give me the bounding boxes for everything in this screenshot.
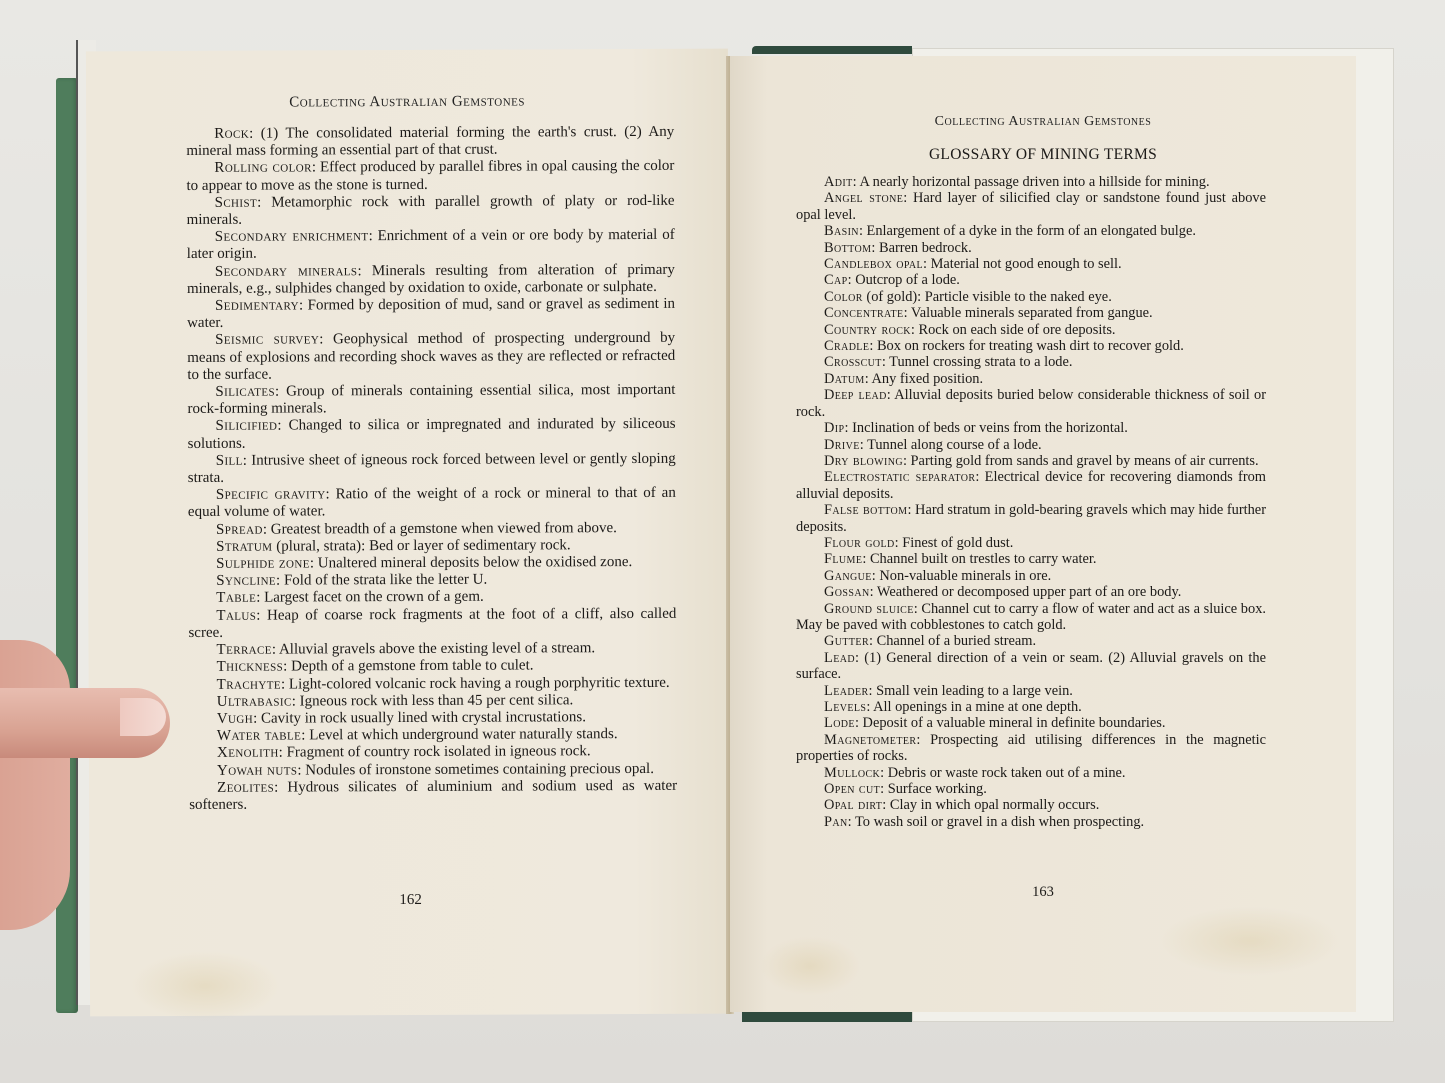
glossary-definition: : Light-colored volcanic rock having a r… bbox=[281, 674, 670, 692]
glossary-term: Sill bbox=[216, 453, 243, 469]
glossary-term: Secondary enrichment bbox=[215, 228, 369, 245]
glossary-entry: Thickness: Depth of a gemstone from tabl… bbox=[189, 657, 677, 676]
glossary-definition: : Unaltered mineral deposits below the o… bbox=[310, 554, 632, 571]
glossary-term: Drive bbox=[824, 437, 860, 453]
glossary-entry: Dry blowing: Parting gold from sands and… bbox=[796, 453, 1266, 469]
glossary-entry: Electrostatic separator: Electrical devi… bbox=[796, 469, 1266, 502]
glossary-definition: : Cavity in rock usually lined with crys… bbox=[253, 709, 586, 726]
glossary-entry: Ultrabasic: Igneous rock with less than … bbox=[189, 692, 677, 711]
glossary-term: Thickness bbox=[217, 659, 284, 675]
glossary-term: Lode bbox=[824, 715, 855, 731]
page-number: 163 bbox=[730, 884, 1356, 901]
glossary-definition: : Metamorphic rock with parallel growth … bbox=[187, 193, 675, 228]
glossary-entry: Talus: Heap of coarse rock fragments at … bbox=[188, 606, 676, 643]
glossary-term: Adit bbox=[824, 174, 853, 190]
glossary-term: Seismic survey bbox=[215, 332, 319, 348]
glossary-definition: : Nodules of ironstone sometimes contain… bbox=[297, 760, 654, 778]
glossary-term: Cradle bbox=[824, 338, 869, 354]
glossary-term: Talus bbox=[216, 607, 256, 623]
glossary-term: Syncline bbox=[216, 573, 276, 589]
glossary-term: Mullock bbox=[824, 765, 880, 781]
glossary-term: Deep lead bbox=[824, 387, 887, 403]
glossary-definition: : Intrusive sheet of igneous rock forced… bbox=[188, 451, 676, 486]
glossary-entry: Rock: (1) The consolidated material form… bbox=[186, 124, 674, 161]
glossary-entry: Secondary minerals: Minerals resulting f… bbox=[187, 261, 675, 298]
glossary-entry: Drive: Tunnel along course of a lode. bbox=[796, 437, 1266, 453]
glossary-entry: Schist: Metamorphic rock with parallel g… bbox=[187, 193, 675, 230]
glossary-definition: (plural, strata): Bed or layer of sedime… bbox=[272, 537, 570, 554]
glossary-definition: : Enlargement of a dyke in the form of a… bbox=[859, 223, 1196, 239]
glossary-definition: : Debris or waste rock taken out of a mi… bbox=[880, 765, 1125, 781]
glossary-term: Silicates bbox=[215, 384, 275, 400]
glossary-term: Country rock bbox=[824, 322, 911, 338]
glossary-definition: : (1) General direction of a vein or sea… bbox=[796, 650, 1266, 682]
glossary-term: Vugh bbox=[217, 711, 253, 727]
glossary-definition: : Finest of gold dust. bbox=[895, 535, 1014, 551]
glossary-definition: : Fragment of country rock isolated in i… bbox=[279, 744, 591, 761]
glossary-definition: : Box on rockers for treating wash dirt … bbox=[869, 338, 1184, 354]
glossary-definition: : Non-valuable minerals in ore. bbox=[872, 568, 1051, 584]
glossary-term: Water table bbox=[217, 728, 301, 744]
glossary-definition: : Parting gold from sands and gravel by … bbox=[903, 453, 1259, 469]
glossary-entry: Sulphide zone: Unaltered mineral deposit… bbox=[188, 554, 676, 573]
glossary-entry: Flume: Channel built on trestles to carr… bbox=[796, 551, 1266, 567]
glossary-entry: Concentrate: Valuable minerals separated… bbox=[796, 305, 1266, 321]
glossary-entry: Country rock: Rock on each side of ore d… bbox=[796, 322, 1266, 338]
glossary-definition: : Fold of the strata like the letter U. bbox=[276, 572, 487, 589]
glossary-term: Bottom bbox=[824, 240, 871, 256]
glossary-entry: Dip: Inclination of beds or veins from t… bbox=[796, 420, 1266, 436]
glossary-entry: Cradle: Box on rockers for treating wash… bbox=[796, 338, 1266, 354]
glossary-term: Silicified bbox=[215, 418, 277, 434]
glossary-term: Stratum bbox=[216, 538, 272, 554]
glossary-definition: : Alluvial gravels above the existing le… bbox=[272, 640, 595, 657]
glossary-term: Gutter bbox=[824, 633, 869, 649]
glossary-entry: Deep lead: Alluvial deposits buried belo… bbox=[796, 387, 1266, 420]
glossary-term: Lead bbox=[824, 650, 855, 666]
glossary-term: Concentrate bbox=[824, 305, 904, 321]
glossary-entry: Sedimentary: Formed by deposition of mud… bbox=[187, 296, 675, 333]
glossary-entry: Sill: Intrusive sheet of igneous rock fo… bbox=[188, 451, 676, 488]
glossary-entry: Specific gravity: Ratio of the weight of… bbox=[188, 485, 676, 522]
glossary-entry: Angel stone: Hard layer of silicified cl… bbox=[796, 190, 1266, 223]
glossary-entry: False bottom: Hard stratum in gold-beari… bbox=[796, 502, 1266, 535]
glossary-definition: : Barren bedrock. bbox=[871, 240, 971, 256]
glossary-definition: : Small vein leading to a large vein. bbox=[869, 683, 1073, 699]
glossary-term: Sulphide zone bbox=[216, 556, 310, 572]
glossary-term: Flume bbox=[824, 551, 862, 567]
water-stain bbox=[1160, 906, 1340, 976]
glossary-term: Angel stone bbox=[824, 190, 903, 206]
glossary-entry: Seismic survey: Geophysical method of pr… bbox=[187, 330, 675, 384]
glossary-definition: : Igneous rock with less than 45 per cen… bbox=[292, 692, 574, 709]
book-cover-top-edge bbox=[752, 46, 912, 54]
glossary-definition: : Material not good enough to sell. bbox=[923, 256, 1122, 272]
glossary-definition: : Level at which underground water natur… bbox=[301, 726, 617, 743]
glossary-term: Zeolites bbox=[217, 779, 274, 795]
glossary-definition: : Heap of coarse rock fragments at the f… bbox=[188, 606, 676, 641]
water-stain bbox=[130, 951, 280, 1022]
glossary-term: Gangue bbox=[824, 568, 872, 584]
glossary-definition: : Largest facet on the crown of a gem. bbox=[256, 589, 484, 606]
glossary-term: Open cut bbox=[824, 781, 880, 797]
glossary-term: Spread bbox=[216, 521, 263, 537]
glossary-entry: Color (of gold): Particle visible to the… bbox=[796, 289, 1266, 305]
glossary-term: Yowah nuts bbox=[217, 762, 297, 778]
glossary-definition: : Tunnel along course of a lode. bbox=[860, 437, 1042, 453]
glossary-definition: : Outcrop of a lode. bbox=[848, 272, 960, 288]
glossary-term: Trachyte bbox=[217, 676, 281, 692]
glossary-term: Ultrabasic bbox=[217, 693, 292, 709]
glossary-entry: Secondary enrichment: Enrichment of a ve… bbox=[187, 227, 675, 264]
water-stain bbox=[760, 936, 860, 996]
glossary-term: Gossan bbox=[824, 584, 870, 600]
glossary-definition: : Depth of a gemstone from table to cule… bbox=[283, 658, 533, 675]
hand-palm bbox=[0, 640, 70, 930]
glossary-entry: Basin: Enlargement of a dyke in the form… bbox=[796, 223, 1266, 239]
glossary-term: Sedimentary bbox=[215, 298, 299, 314]
glossary-term: Rock bbox=[214, 126, 249, 142]
glossary-term: Specific gravity bbox=[216, 487, 326, 503]
glossary-entry: Water table: Level at which underground … bbox=[189, 726, 677, 745]
glossary-term: Secondary minerals bbox=[215, 263, 358, 280]
glossary-term: Magnetometer bbox=[824, 732, 916, 748]
glossary-term: Levels bbox=[824, 699, 866, 715]
glossary-entry: Spread: Greatest breadth of a gemstone w… bbox=[188, 520, 676, 539]
glossary-definition: : Clay in which opal normally occurs. bbox=[882, 797, 1099, 813]
glossary-term: Pan bbox=[824, 814, 848, 830]
glossary-entry: Open cut: Surface working. bbox=[796, 781, 1266, 797]
glossary-entry: Lead: (1) General direction of a vein or… bbox=[796, 650, 1266, 683]
glossary-term: Xenolith bbox=[217, 745, 279, 761]
glossary-term: Opal dirt bbox=[824, 797, 882, 813]
glossary-term: False bottom bbox=[824, 502, 907, 518]
glossary-definition: : Any fixed position. bbox=[865, 371, 983, 387]
glossary-definition: : All openings in a mine at one depth. bbox=[866, 699, 1081, 715]
glossary-definition: : Surface working. bbox=[880, 781, 987, 797]
glossary-definition: (of gold): Particle visible to the naked… bbox=[863, 289, 1112, 305]
glossary-term: Cap bbox=[824, 272, 848, 288]
glossary-entry: Syncline: Fold of the strata like the le… bbox=[188, 571, 676, 590]
glossary-entry: Levels: All openings in a mine at one de… bbox=[796, 699, 1266, 715]
running-head: Collecting Australian Gemstones bbox=[86, 93, 728, 113]
glossary-entry: Opal dirt: Clay in which opal normally o… bbox=[796, 797, 1266, 813]
glossary-term: Datum bbox=[824, 371, 865, 387]
glossary-term: Color bbox=[824, 289, 863, 305]
glossary-entry: Bottom: Barren bedrock. bbox=[796, 240, 1266, 256]
glossary-entry: Flour gold: Finest of gold dust. bbox=[796, 535, 1266, 551]
glossary-entry: Trachyte: Light-colored volcanic rock ha… bbox=[189, 674, 677, 693]
glossary-term: Basin bbox=[824, 223, 859, 239]
glossary-definition: : To wash soil or gravel in a dish when … bbox=[848, 814, 1144, 830]
glossary-definition: : Valuable minerals separated from gangu… bbox=[904, 305, 1153, 321]
glossary-entry: Yowah nuts: Nodules of ironstone sometim… bbox=[189, 760, 677, 779]
glossary-entry: Cap: Outcrop of a lode. bbox=[796, 272, 1266, 288]
glossary-entry: Zeolites: Hydrous silicates of aluminium… bbox=[189, 778, 677, 815]
glossary-definition: : Channel of a buried stream. bbox=[869, 633, 1036, 649]
glossary-entry: Gutter: Channel of a buried stream. bbox=[796, 633, 1266, 649]
glossary-term: Schist bbox=[215, 194, 258, 210]
glossary-entry: Silicified: Changed to silica or impregn… bbox=[188, 416, 676, 453]
glossary-entry: Ground sluice: Channel cut to carry a fl… bbox=[796, 601, 1266, 634]
glossary-term: Flour gold bbox=[824, 535, 895, 551]
glossary-entry: Pan: To wash soil or gravel in a dish wh… bbox=[796, 814, 1266, 830]
glossary-definition: : Inclination of beds or veins from the … bbox=[844, 420, 1127, 436]
glossary-entry: Lode: Deposit of a valuable mineral in d… bbox=[796, 715, 1266, 731]
glossary-definition: : A nearly horizontal passage driven int… bbox=[853, 174, 1210, 190]
glossary-entry: Adit: A nearly horizontal passage driven… bbox=[796, 174, 1266, 190]
glossary-definition: : Channel built on trestles to carry wat… bbox=[862, 551, 1096, 567]
glossary-entry: Silicates: Group of minerals containing … bbox=[187, 382, 675, 419]
glossary-definition: : Greatest breadth of a gemstone when vi… bbox=[263, 520, 617, 538]
glossary-entry: Rolling color: Effect produced by parall… bbox=[186, 158, 674, 195]
glossary-entry: Datum: Any fixed position. bbox=[796, 371, 1266, 387]
left-page: Collecting Australian Gemstones Rock: (1… bbox=[86, 49, 732, 1017]
glossary-entry: Crosscut: Tunnel crossing strata to a lo… bbox=[796, 354, 1266, 370]
glossary-entry: Vugh: Cavity in rock usually lined with … bbox=[189, 709, 677, 728]
glossary-entry: Candlebox opal: Material not good enough… bbox=[796, 256, 1266, 272]
glossary-entry: Mullock: Debris or waste rock taken out … bbox=[796, 765, 1266, 781]
running-head: Collecting Australian Gemstones bbox=[730, 114, 1356, 130]
glossary-entry: Magnetometer: Prospecting aid utilising … bbox=[796, 732, 1266, 765]
glossary-term: Candlebox opal bbox=[824, 256, 923, 272]
glossary-definition: : Tunnel crossing strata to a lode. bbox=[882, 354, 1073, 370]
glossary-term: Ground sluice bbox=[824, 601, 914, 617]
glossary-entry: Table: Largest facet on the crown of a g… bbox=[188, 588, 676, 607]
glossary-definition: : (1) The consolidated material forming … bbox=[186, 124, 674, 159]
glossary-entry: Terrace: Alluvial gravels above the exis… bbox=[188, 640, 676, 659]
glossary-definition: : Deposit of a valuable mineral in defin… bbox=[855, 715, 1166, 731]
thumbnail bbox=[120, 698, 166, 736]
glossary-term: Dry blowing bbox=[824, 453, 903, 469]
glossary-entries-left: Rock: (1) The consolidated material form… bbox=[186, 124, 677, 814]
glossary-entry: Leader: Small vein leading to a large ve… bbox=[796, 683, 1266, 699]
glossary-term: Rolling color bbox=[214, 160, 311, 176]
right-page: Collecting Australian Gemstones GLOSSARY… bbox=[730, 56, 1356, 1012]
glossary-term: Electrostatic separator bbox=[824, 469, 975, 485]
glossary-entry: Gossan: Weathered or decomposed upper pa… bbox=[796, 584, 1266, 600]
glossary-term: Terrace bbox=[216, 642, 271, 658]
glossary-entries-right: Adit: A nearly horizontal passage driven… bbox=[796, 174, 1266, 830]
glossary-definition: : Weathered or decomposed upper part of … bbox=[870, 584, 1182, 600]
glossary-definition: : Rock on each side of ore deposits. bbox=[911, 322, 1116, 338]
page-number: 162 bbox=[90, 891, 732, 911]
glossary-entry: Stratum (plural, strata): Bed or layer o… bbox=[188, 537, 676, 556]
glossary-term: Dip bbox=[824, 420, 844, 436]
glossary-term: Leader bbox=[824, 683, 869, 699]
glossary-entry: Gangue: Non-valuable minerals in ore. bbox=[796, 568, 1266, 584]
glossary-term: Crosscut bbox=[824, 354, 882, 370]
section-title: GLOSSARY OF MINING TERMS bbox=[730, 146, 1356, 164]
glossary-term: Table bbox=[216, 590, 256, 606]
glossary-entry: Xenolith: Fragment of country rock isola… bbox=[189, 743, 677, 762]
